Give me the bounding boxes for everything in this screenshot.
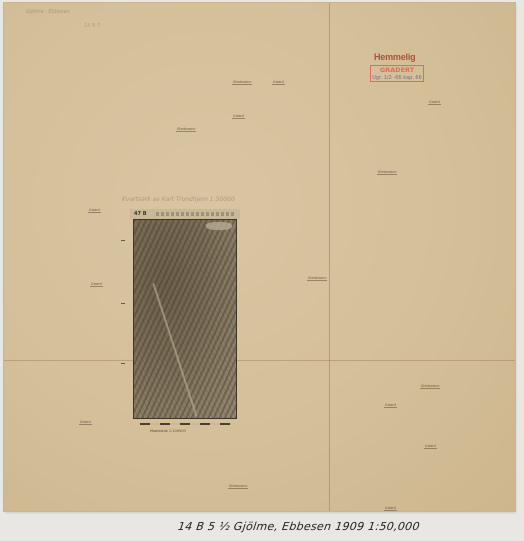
classification-label: Hemmelig [374,52,415,62]
place-label: Gaard [90,282,103,287]
place-label: Gaard [79,420,92,425]
place-label: Gaard [232,114,245,119]
place-label: Gaard [384,506,397,511]
margin-tick [121,363,125,364]
place-label: Stedsnavn [228,484,248,489]
stamp-detail: Ugr. 1/2 -66 kap. 66 [371,75,423,82]
margin-tick [121,240,125,241]
place-label: Stedsnavn [176,127,196,132]
place-label: Stedsnavn [420,384,440,389]
scale-label: Maalestok 1:100000 [150,429,186,433]
inset-header: 47 B [130,209,240,219]
margin-tick [121,303,125,304]
place-label: Gaard [88,208,101,213]
graded-stamp: GRADERT Ugr. 1/2 -66 kap. 66 [370,65,424,82]
place-label: Stedsnavn [232,80,252,85]
inset-map: 47 B Maalestok 1:100000 [130,209,240,436]
stamp-status: GRADERT [371,67,423,74]
vertical-fold-line [329,3,330,511]
horizontal-fold-line [4,360,515,361]
place-label: Gaard [384,403,397,408]
inset-title-bar [156,212,236,216]
lake-shape [206,222,232,230]
place-label: Gaard [272,80,285,85]
handwritten-note: Kvartsark av Kart Trondhjem 1:50000 [122,196,235,203]
inset-sheet-number: 47 B [134,211,147,217]
corner-pencil-note: Gjölme · Ebbesen [26,9,70,15]
place-label: Gaard [428,100,441,105]
catalog-caption: 14 B 5 ½ Gjölme, Ebbesen 1909 1:50,000 [177,520,421,533]
scale-bar [140,423,232,425]
map-sheet: Gjölme · Ebbesen 14 B 5 Hemmelig GRADERT… [4,3,515,511]
place-label: Stedsnavn [377,170,397,175]
place-label: Gaard [424,444,437,449]
inset-terrain [133,219,237,419]
river-valley [152,283,197,417]
place-label: Stedsnavn [307,276,327,281]
corner-pencil-note-2: 14 B 5 [84,23,100,29]
